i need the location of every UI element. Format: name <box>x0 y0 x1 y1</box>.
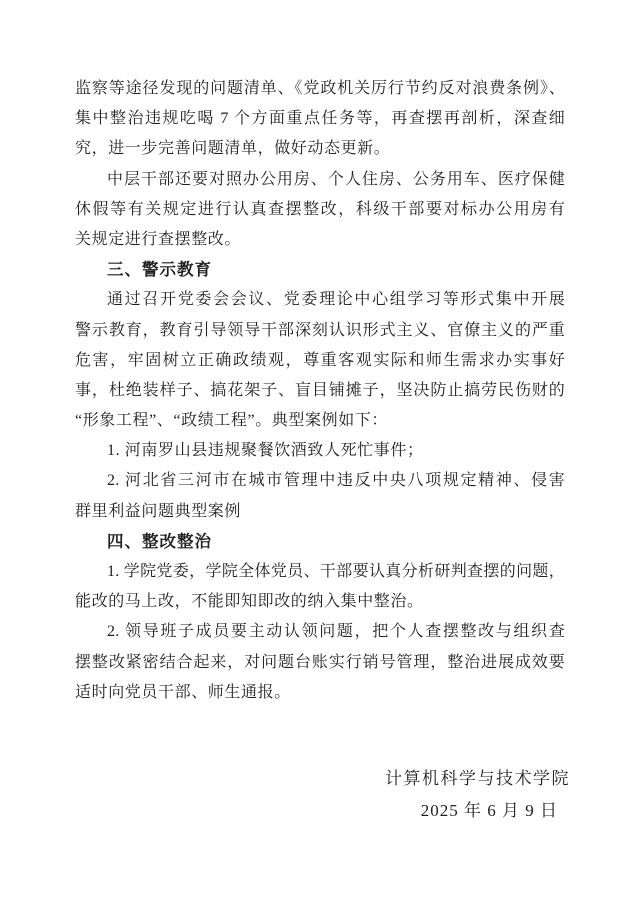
text-line: 危害，牢固树立正确政绩观，尊重客观实际和师生需求办实事好 <box>75 346 565 376</box>
section-heading: 三、警示教育 <box>75 255 565 285</box>
document-lines: 监察等途径发现的问题清单、《党政机关厉行节约反对浪费条例》、集中整治违规吃喝 7… <box>75 74 565 708</box>
text-line: 摆整改紧密结合起来，对问题台账实行销号管理，整治进展成效要 <box>75 648 565 678</box>
section-heading: 四、整改整治 <box>75 527 565 557</box>
text-line: 通过召开党委会会议、党委理论中心组学习等形式集中开展 <box>75 285 565 315</box>
text-line: 事，杜绝装样子、搞花架子、盲目铺摊子，坚决防止搞劳民伤财的 <box>75 376 565 406</box>
text-line: 1. 河南罗山县违规聚餐饮酒致人死忙事件； <box>75 436 565 466</box>
signature-date: 2025 年 6 月 9 日 <box>385 795 570 827</box>
text-line: 集中整治违规吃喝 7 个方面重点任务等，再查摆再剖析，深查细 <box>75 104 565 134</box>
text-line: 2. 河北省三河市在城市管理中违反中央八项规定精神、侵害 <box>75 466 565 496</box>
text-line: 适时向党员干部、师生通报。 <box>75 678 565 708</box>
text-line: 警示教育，教育引导领导干部深刻认识形式主义、官僚主义的严重 <box>75 316 565 346</box>
document-body: 监察等途径发现的问题清单、《党政机关厉行节约反对浪费条例》、集中整治违规吃喝 7… <box>75 74 565 708</box>
text-line: 监察等途径发现的问题清单、《党政机关厉行节约反对浪费条例》、 <box>75 74 565 104</box>
text-line: “形象工程”、“政绩工程”。典型案例如下： <box>75 406 565 436</box>
signature-block: 计算机科学与技术学院 2025 年 6 月 9 日 <box>385 763 570 827</box>
document-page: 监察等途径发现的问题清单、《党政机关厉行节约反对浪费条例》、集中整治违规吃喝 7… <box>0 0 639 905</box>
text-line: 究，进一步完善问题清单，做好动态更新。 <box>75 134 565 164</box>
signature-organization: 计算机科学与技术学院 <box>385 763 570 795</box>
text-line: 中层干部还要对照办公用房、个人住房、公务用车、医疗保健 <box>75 165 565 195</box>
text-line: 休假等有关规定进行认真查摆整改，科级干部要对标办公用房有 <box>75 195 565 225</box>
text-line: 能改的马上改，不能即知即改的纳入集中整治。 <box>75 587 565 617</box>
text-line: 关规定进行查摆整改。 <box>75 225 565 255</box>
text-line: 群里利益问题典型案例 <box>75 497 565 527</box>
text-line: 1. 学院党委，学院全体党员、干部要认真分析研判查摆的问题， <box>75 557 565 587</box>
text-line: 2. 领导班子成员要主动认领问题，把个人查摆整改与组织查 <box>75 617 565 647</box>
